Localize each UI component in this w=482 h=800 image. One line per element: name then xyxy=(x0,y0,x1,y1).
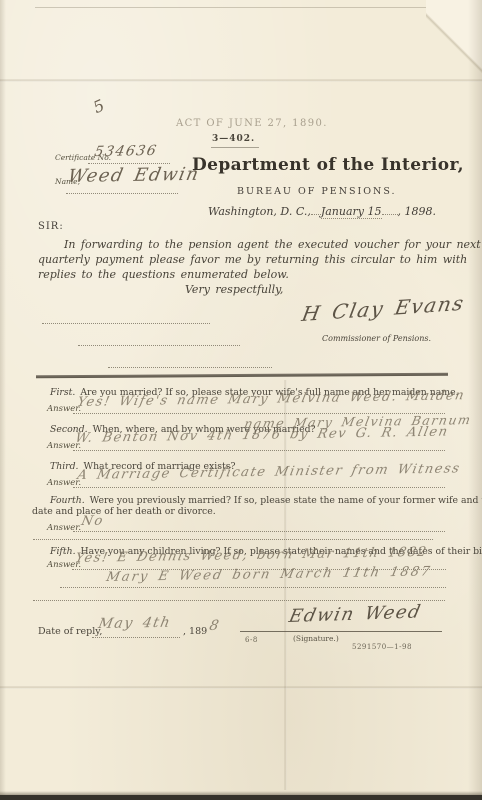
name-line xyxy=(66,192,178,194)
dateline-year: , 1898. xyxy=(398,205,436,218)
commissioner-signature: H Clay Evans xyxy=(300,291,467,326)
question-third-ordinal: Third. xyxy=(50,461,79,472)
act-stamp: ACT OF JUNE 27, 1890. xyxy=(176,118,328,129)
answer-third-line xyxy=(73,486,445,488)
question-fifth-ordinal: Fifth. xyxy=(50,546,76,557)
form-number: 3—402. xyxy=(212,134,255,144)
section-rule xyxy=(36,373,448,379)
scanned-pension-form: 5 ACT OF JUNE 27, 1890. 3—402. Certifica… xyxy=(0,0,482,800)
form-number-underline xyxy=(211,147,259,148)
answer-fourth-value: No xyxy=(80,514,105,529)
department-title: Department of the Interior, xyxy=(192,155,464,175)
answer-second-line xyxy=(73,449,445,451)
certificate-number: 534636 xyxy=(93,143,159,160)
valediction: Very respectfully, xyxy=(185,283,283,296)
claimant-name: Weed Edwin xyxy=(66,164,202,187)
blank-line-2 xyxy=(78,344,240,346)
signature-line xyxy=(240,631,442,632)
salutation: SIR: xyxy=(38,221,64,232)
question-first-ordinal: First. xyxy=(50,387,75,398)
question-fourth-text-2: date and place of her death or divorce. xyxy=(32,506,216,517)
reply-year-written: 8 xyxy=(208,618,222,634)
body-line-2: quarterly payment please favor me by ret… xyxy=(38,253,467,266)
signature-caption: (Signature.) xyxy=(293,634,339,643)
question-fourth-text-1: Were you previously married? If so, plea… xyxy=(90,495,482,506)
fold-crease-bottom xyxy=(0,686,482,689)
question-fourth: Fourth.Were you previously married? If s… xyxy=(50,495,482,506)
body-line-3: replies to the questions enumerated belo… xyxy=(38,268,289,281)
paper-top-edge xyxy=(35,7,433,8)
paper-bottom-edge xyxy=(0,795,482,800)
answer-fifth-line-3 xyxy=(33,599,445,601)
blank-line-1 xyxy=(42,322,210,324)
form-code-small: 6-8 xyxy=(245,636,258,644)
dateline-date: January 15 xyxy=(321,205,382,219)
commissioner-title: Commissioner of Pensions. xyxy=(322,334,431,343)
answer-fourth-line xyxy=(73,530,445,532)
print-code: 5291570—1-98 xyxy=(352,643,412,651)
left-edge-shadow xyxy=(0,0,6,800)
answer-fourth-line-2 xyxy=(33,538,433,540)
blank-line-3 xyxy=(108,366,272,368)
reply-date-line xyxy=(92,636,180,638)
dateline-leader-2 xyxy=(382,205,398,215)
question-fourth-ordinal: Fourth. xyxy=(50,495,85,506)
reply-year-printed: , 189 xyxy=(183,626,207,637)
answer-fifth-line-2 xyxy=(60,586,446,588)
body-line-1: In forwarding to the pension agent the e… xyxy=(64,238,481,251)
bureau-subtitle: BUREAU OF PENSIONS. xyxy=(237,186,397,197)
claimant-signature: Edwin Weed xyxy=(287,601,424,627)
fold-crease-top xyxy=(0,79,482,82)
dateline-place: Washington, D. C., xyxy=(208,205,311,218)
reply-date-value: May 4th xyxy=(97,615,172,632)
right-edge-shadow xyxy=(468,0,482,800)
dateline-leader-1 xyxy=(311,205,321,215)
pencil-annotation: 5 xyxy=(90,95,108,117)
dateline: Washington, D. C.,January 15, 1898. xyxy=(208,205,436,218)
